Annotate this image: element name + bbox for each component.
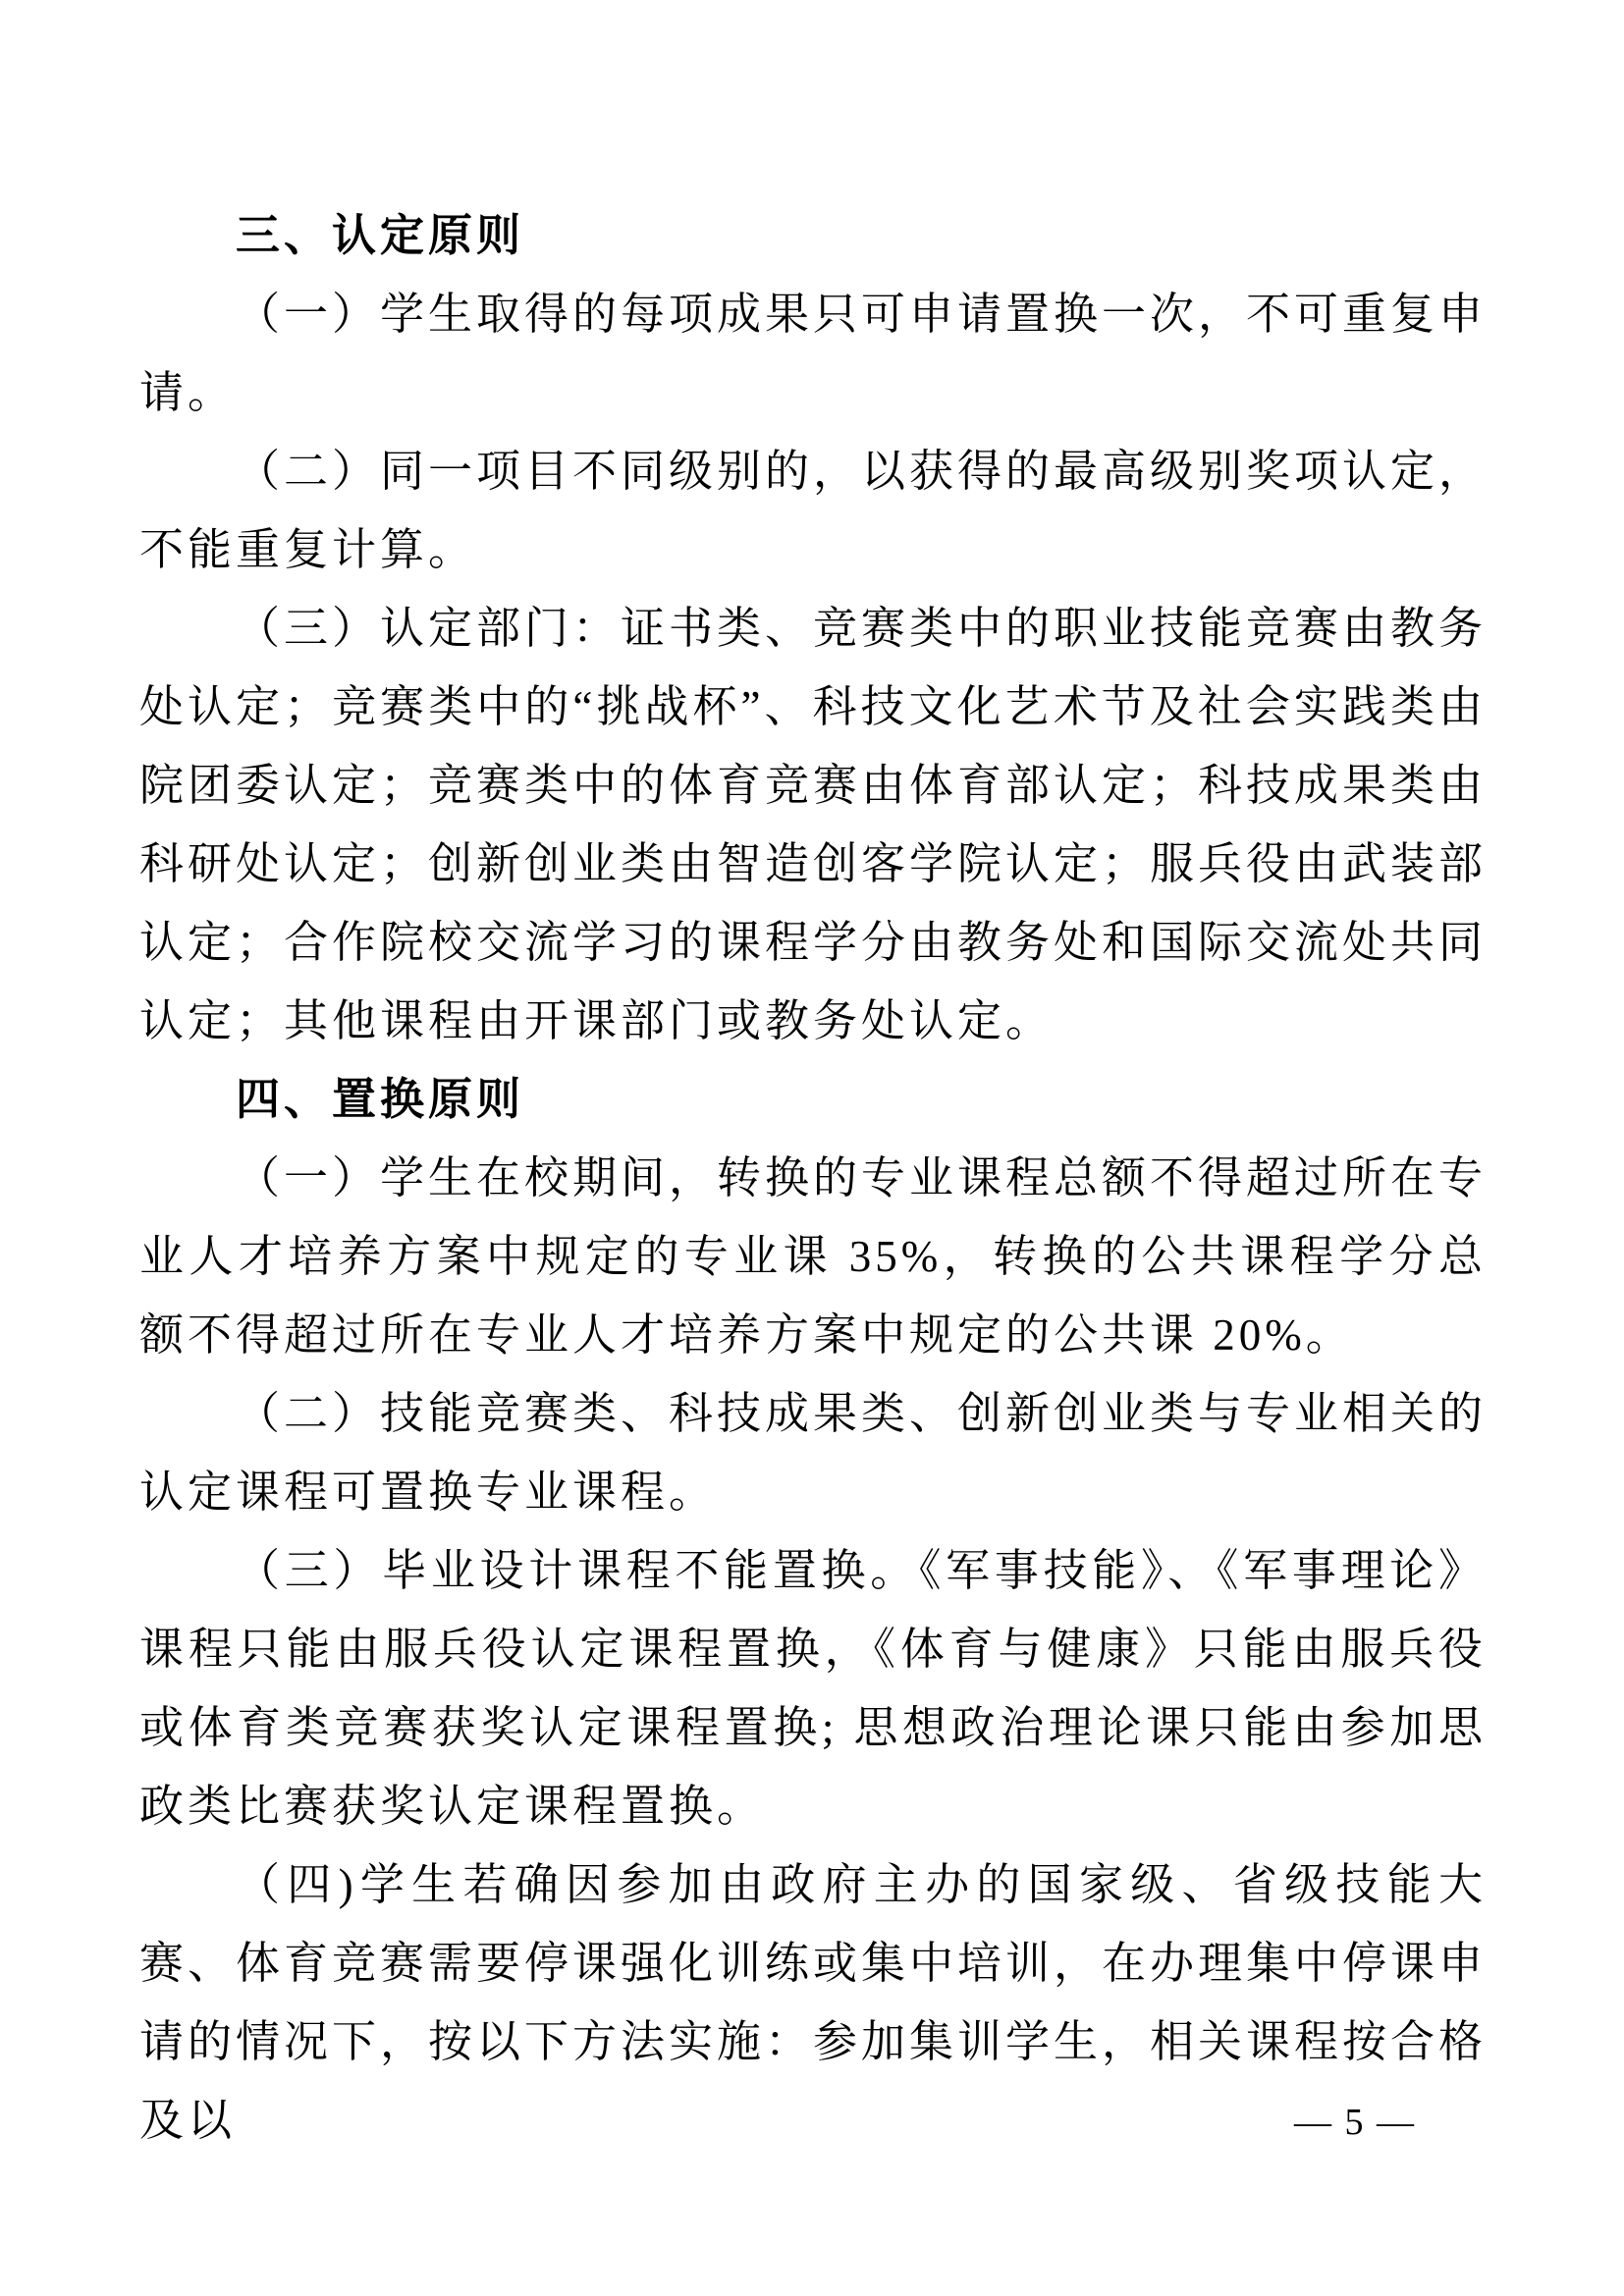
page-number: — 5 — (1294, 2101, 1416, 2144)
paragraph-4-3: （三）毕业设计课程不能置换。《军事技能》、《军事理论》课程只能由服兵役认定课程置… (139, 1531, 1487, 1845)
heading-section-4-replacement-principles: 四、置换原则 (139, 1060, 1487, 1139)
paragraph-4-1: （一）学生在校期间，转换的专业课程总额不得超过所在专业人才培养方案中规定的专业课… (139, 1139, 1487, 1374)
document-body: 三、认定原则 （一）学生取得的每项成果只可申请置换一次，不可重复申请。 （二）同… (139, 196, 1487, 2160)
paragraph-3-3: （三）认定部门：证书类、竞赛类中的职业技能竞赛由教务处认定；竞赛类中的“挑战杯”… (139, 589, 1487, 1060)
paragraph-4-2: （二）技能竞赛类、科技成果类、创新创业类与专业相关的认定课程可置换专业课程。 (139, 1374, 1487, 1531)
paragraph-4-4: （四)学生若确因参加由政府主办的国家级、省级技能大赛、体育竞赛需要停课强化训练或… (139, 1845, 1487, 2160)
paragraph-3-1: （一）学生取得的每项成果只可申请置换一次，不可重复申请。 (139, 275, 1487, 432)
heading-section-3-recognition-principles: 三、认定原则 (139, 196, 1487, 275)
paragraph-3-2: （二）同一项目不同级别的，以获得的最高级别奖项认定，不能重复计算。 (139, 432, 1487, 589)
document-page: 三、认定原则 （一）学生取得的每项成果只可申请置换一次，不可重复申请。 （二）同… (0, 0, 1624, 2296)
